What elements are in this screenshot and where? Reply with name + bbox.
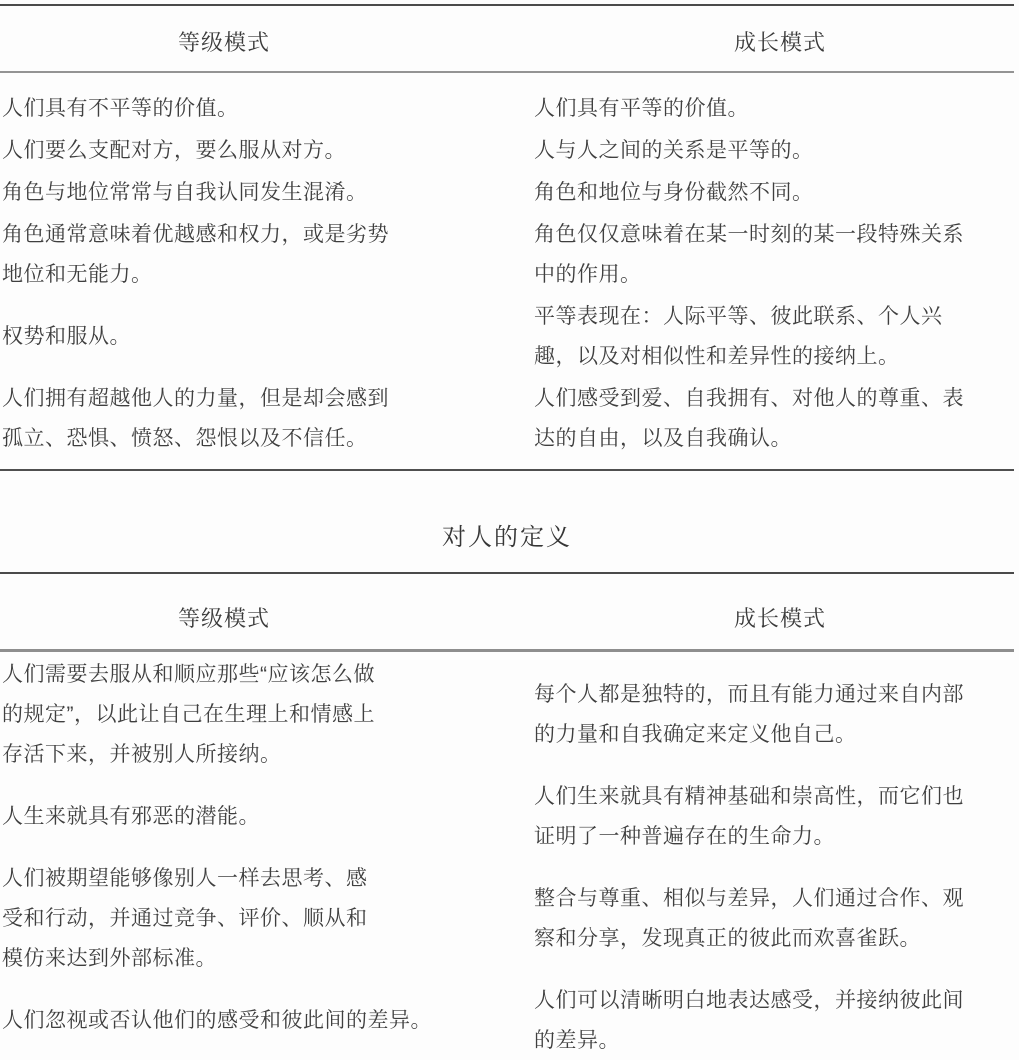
table2-body: 人们需要去服从和顺应那些“应该怎么做 的规定”，以此让自己在生理上和情感上 存活… — [0, 651, 1014, 1060]
table-row: 人们忽视或否认他们的感受和彼此间的差异。人们可以清晰明白地表达感受，并接纳彼此间… — [0, 980, 1014, 1060]
table-cell-right: 整合与尊重、相似与差异，人们通过合作、观 察和分享，发现真正的彼此而欢喜雀跃。 — [507, 858, 1014, 980]
table2-header-hierarchy-mode: 等级模式 — [0, 573, 507, 651]
table-cell-left: 角色通常意味着优越感和权力，或是劣势 地位和无能力。 — [0, 214, 507, 296]
table-cell-right: 人们感受到爱、自我拥有、对他人的尊重、表 达的自由，以及自我确认。 — [507, 378, 1014, 470]
book-page: 等级模式 成长模式 人们具有不平等的价值。人们具有平等的价值。人们要么支配对方，… — [0, 0, 1014, 1060]
table-cell-right: 人与人之间的关系是平等的。 — [507, 130, 1014, 172]
table-row: 权势和服从。平等表现在：人际平等、彼此联系、个人兴 趣，以及对相似性和差异性的接… — [0, 296, 1014, 378]
table1-body: 人们具有不平等的价值。人们具有平等的价值。人们要么支配对方，要么服从对方。人与人… — [0, 72, 1014, 470]
comparison-table-definition-of-people: 等级模式 成长模式 人们需要去服从和顺应那些“应该怎么做 的规定”，以此让自己在… — [0, 572, 1014, 1060]
table-row: 人们拥有超越他人的力量，但是却会感到 孤立、恐惧、愤怒、怨恨以及不信任。人们感受… — [0, 378, 1014, 470]
table-cell-right: 角色和地位与身份截然不同。 — [507, 172, 1014, 214]
table-cell-left: 人们具有不平等的价值。 — [0, 72, 507, 130]
table-cell-right: 每个人都是独特的，而且有能力通过来自内部 的力量和自我确定来定义他自己。 — [507, 651, 1014, 777]
table-cell-right: 人们具有平等的价值。 — [507, 72, 1014, 130]
table-row: 角色通常意味着优越感和权力，或是劣势 地位和无能力。角色仅仅意味着在某一时刻的某… — [0, 214, 1014, 296]
table1-header-hierarchy-mode: 等级模式 — [0, 5, 507, 72]
table2-header-growth-mode: 成长模式 — [507, 573, 1014, 651]
table-cell-left: 人们需要去服从和顺应那些“应该怎么做 的规定”，以此让自己在生理上和情感上 存活… — [0, 651, 507, 777]
table-cell-right: 人们生来就具有精神基础和崇高性，而它们也 证明了一种普遍存在的生命力。 — [507, 776, 1014, 858]
table-cell-left: 人生来就具有邪恶的潜能。 — [0, 776, 507, 858]
table-cell-left: 权势和服从。 — [0, 296, 507, 378]
table-row: 人们需要去服从和顺应那些“应该怎么做 的规定”，以此让自己在生理上和情感上 存活… — [0, 651, 1014, 777]
table-cell-left: 人们要么支配对方，要么服从对方。 — [0, 130, 507, 172]
table-cell-right: 平等表现在：人际平等、彼此联系、个人兴 趣，以及对相似性和差异性的接纳上。 — [507, 296, 1014, 378]
table-row: 角色与地位常常与自我认同发生混淆。角色和地位与身份截然不同。 — [0, 172, 1014, 214]
table-cell-right: 角色仅仅意味着在某一时刻的某一段特殊关系 中的作用。 — [507, 214, 1014, 296]
table1-header-row: 等级模式 成长模式 — [0, 5, 1014, 72]
table-row: 人们被期望能够像别人一样去思考、感 受和行动，并通过竞争、评价、顺从和 模仿来达… — [0, 858, 1014, 980]
table-cell-left: 人们拥有超越他人的力量，但是却会感到 孤立、恐惧、愤怒、怨恨以及不信任。 — [0, 378, 507, 470]
comparison-table-relationship: 等级模式 成长模式 人们具有不平等的价值。人们具有平等的价值。人们要么支配对方，… — [0, 4, 1014, 471]
table-cell-left: 角色与地位常常与自我认同发生混淆。 — [0, 172, 507, 214]
table-cell-right: 人们可以清晰明白地表达感受，并接纳彼此间 的差异。 — [507, 980, 1014, 1060]
table-row: 人们具有不平等的价值。人们具有平等的价值。 — [0, 72, 1014, 130]
section-title: 对人的定义 — [0, 525, 1014, 551]
table-cell-left: 人们忽视或否认他们的感受和彼此间的差异。 — [0, 980, 507, 1060]
table-row: 人们要么支配对方，要么服从对方。人与人之间的关系是平等的。 — [0, 130, 1014, 172]
table-cell-left: 人们被期望能够像别人一样去思考、感 受和行动，并通过竞争、评价、顺从和 模仿来达… — [0, 858, 507, 980]
table1-header-growth-mode: 成长模式 — [507, 5, 1014, 72]
table-row: 人生来就具有邪恶的潜能。人们生来就具有精神基础和崇高性，而它们也 证明了一种普遍… — [0, 776, 1014, 858]
table2-header-row: 等级模式 成长模式 — [0, 573, 1014, 651]
